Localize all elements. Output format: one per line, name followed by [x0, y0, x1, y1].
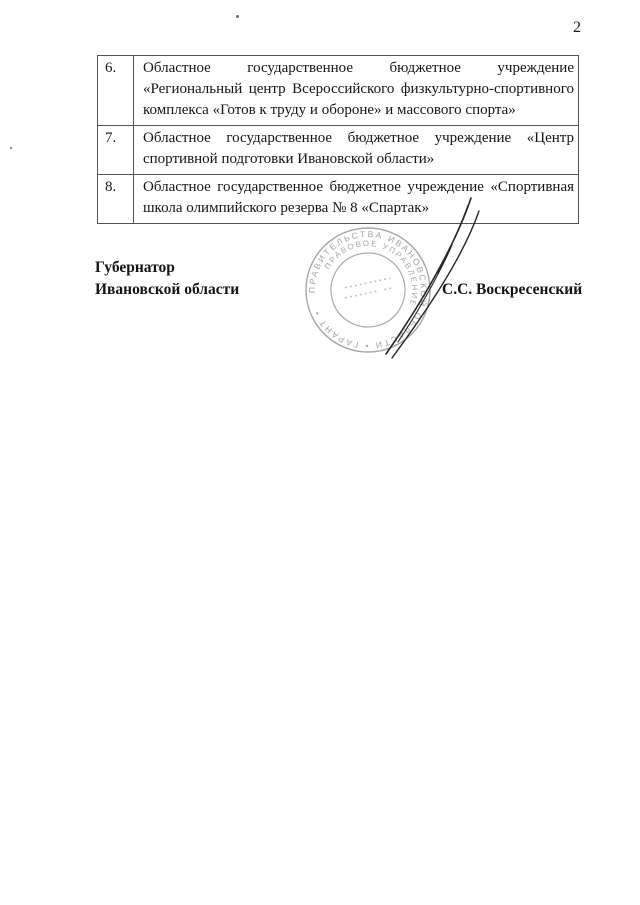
stamp-inner-ring-text: ПРАВОВОЕ УПРАВЛЕНИЕ — [319, 229, 424, 325]
signer-title-line2: Ивановской области — [95, 279, 239, 301]
row-number: 7. — [98, 126, 134, 175]
signer-title-line1: Губернатор — [95, 257, 239, 279]
row-number: 8. — [98, 175, 134, 224]
official-stamp-icon: ПРАВИТЕЛЬСТВА ИВАНОВСКОЙ ОБЛАСТИ • ГАРАН… — [294, 216, 441, 363]
stamp-outer-ring-text: ПРАВИТЕЛЬСТВА ИВАНОВСКОЙ ОБЛАСТИ • ГАРАН… — [296, 218, 440, 363]
institutions-table: 6.Областное государственное бюджетное уч… — [97, 55, 579, 224]
row-number: 6. — [98, 56, 134, 126]
scan-noise-dot — [236, 15, 239, 18]
scan-noise-dot — [10, 147, 12, 149]
row-institution-text: Областное государственное бюджетное учре… — [134, 175, 579, 224]
signer-name: С.С. Воскресенский — [442, 281, 582, 299]
stamp-center-marks — [343, 278, 392, 298]
institutions-table-body: 6.Областное государственное бюджетное уч… — [98, 56, 579, 224]
row-institution-text: Областное государственное бюджетное учре… — [134, 126, 579, 175]
table-row: 8.Областное государственное бюджетное уч… — [98, 175, 579, 224]
row-institution-text: Областное государственное бюджетное учре… — [134, 56, 579, 126]
page-number: 2 — [573, 19, 581, 37]
table-row: 7.Областное государственное бюджетное уч… — [98, 126, 579, 175]
signer-title: Губернатор Ивановской области — [95, 257, 239, 301]
table-row: 6.Областное государственное бюджетное уч… — [98, 56, 579, 126]
document-page: 2 6.Областное государственное бюджетное … — [0, 0, 640, 905]
